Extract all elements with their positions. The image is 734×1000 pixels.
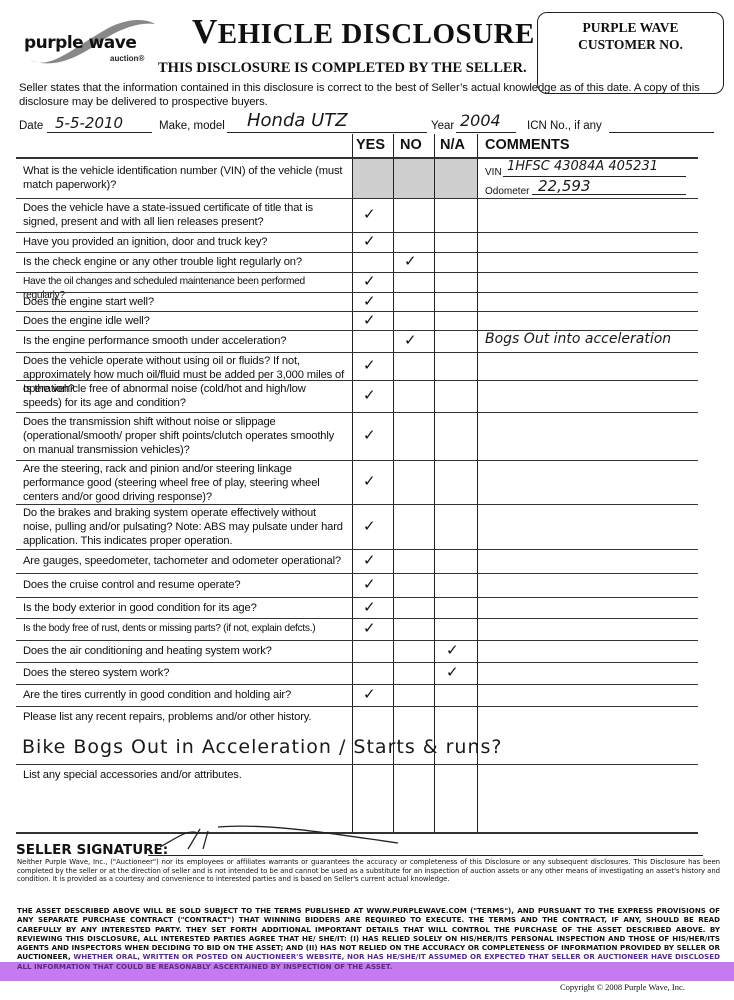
vin-label: VIN bbox=[485, 167, 502, 178]
checkmark-icon: ✓ bbox=[363, 598, 376, 616]
icn-field[interactable] bbox=[609, 112, 714, 133]
answer-cell-na[interactable] bbox=[436, 272, 476, 292]
logo-subtext: auction® bbox=[110, 54, 144, 63]
page-subtitle: THIS DISCLOSURE IS COMPLETED BY THE SELL… bbox=[158, 60, 527, 77]
checkmark-icon: ✓ bbox=[363, 292, 376, 310]
vin-shaded-cells bbox=[353, 157, 478, 198]
checkmark-icon: ✓ bbox=[363, 205, 376, 223]
question-text: Does the engine idle well? bbox=[23, 314, 345, 328]
column-header-comments: COMMENTS bbox=[485, 137, 570, 153]
vin-field[interactable]: 1HFSC 43084A 405231 bbox=[503, 160, 686, 177]
logo-text: purple wave bbox=[24, 33, 136, 53]
answer-cell-no[interactable] bbox=[394, 412, 434, 460]
answer-cell-na[interactable] bbox=[436, 330, 476, 352]
customer-box-line1: PURPLE WAVE bbox=[583, 20, 679, 35]
checkmark-icon: ✓ bbox=[446, 663, 459, 681]
question-text: Does the engine start well? bbox=[23, 295, 345, 309]
comment-cell[interactable]: Bogs Out into acceleration bbox=[485, 331, 725, 347]
answer-cell-no[interactable] bbox=[394, 640, 434, 662]
column-header-no: NO bbox=[400, 137, 422, 153]
answer-cell-no[interactable] bbox=[394, 380, 434, 412]
repairs-label: Please list any recent repairs, problems… bbox=[23, 710, 345, 724]
answer-cell-na[interactable] bbox=[436, 352, 476, 380]
answer-cell-no[interactable] bbox=[394, 684, 434, 706]
checkmark-icon: ✓ bbox=[363, 232, 376, 250]
row-divider bbox=[16, 764, 698, 765]
answer-cell-no[interactable] bbox=[394, 232, 434, 252]
answer-cell-no[interactable] bbox=[394, 549, 434, 573]
seller-signature-label: SELLER SIGNATURE: bbox=[16, 842, 168, 858]
answer-cell-no[interactable] bbox=[394, 292, 434, 311]
answer-cell-na[interactable] bbox=[436, 597, 476, 618]
checkmark-icon: ✓ bbox=[363, 426, 376, 444]
accessories-field[interactable] bbox=[22, 786, 698, 830]
checkmark-icon: ✓ bbox=[363, 619, 376, 637]
question-text: Does the transmission shift without nois… bbox=[23, 415, 345, 457]
repairs-value[interactable]: Bike Bogs Out in Acceleration / Starts &… bbox=[22, 736, 503, 758]
answer-cell-na[interactable] bbox=[436, 232, 476, 252]
answer-cell-no[interactable] bbox=[394, 198, 434, 232]
odometer-field[interactable]: 22,593 bbox=[532, 178, 686, 195]
answer-cell-no[interactable] bbox=[394, 352, 434, 380]
vin-value: 1HFSC 43084A 405231 bbox=[507, 159, 658, 174]
answer-cell-no[interactable] bbox=[394, 573, 434, 597]
checkmark-icon: ✓ bbox=[363, 386, 376, 404]
customer-box-line2: CUSTOMER NO. bbox=[578, 37, 683, 52]
answer-cell-na[interactable] bbox=[436, 684, 476, 706]
checkmark-icon: ✓ bbox=[363, 551, 376, 569]
title-initial: V bbox=[192, 12, 218, 51]
answer-cell-yes[interactable] bbox=[353, 330, 393, 352]
vehicle-info-row: Date 5-5-2010 Make, model Honda UTZ Year… bbox=[19, 112, 719, 134]
column-header-yes: YES bbox=[356, 137, 385, 153]
answer-cell-no[interactable] bbox=[394, 504, 434, 549]
column-header-na: N/A bbox=[440, 137, 465, 153]
answer-cell-no[interactable] bbox=[394, 597, 434, 618]
question-text: Are the tires currently in good conditio… bbox=[23, 688, 345, 702]
make-model-field[interactable]: Honda UTZ bbox=[227, 112, 427, 133]
column-divider bbox=[477, 134, 478, 832]
question-text: Is the body exterior in good condition f… bbox=[23, 601, 345, 615]
year-label: Year bbox=[431, 120, 454, 132]
answer-cell-no[interactable] bbox=[394, 272, 434, 292]
checkmark-icon: ✓ bbox=[363, 272, 376, 290]
answer-cell-na[interactable] bbox=[436, 549, 476, 573]
accessories-label: List any special accessories and/or attr… bbox=[23, 768, 345, 782]
question-text: Is the check engine or any other trouble… bbox=[23, 255, 345, 269]
date-label: Date bbox=[19, 120, 43, 132]
question-text: Does the vehicle have a state-issued cer… bbox=[23, 201, 345, 229]
question-text: Does the air conditioning and heating sy… bbox=[23, 644, 345, 658]
checkmark-icon: ✓ bbox=[446, 641, 459, 659]
row-divider bbox=[16, 157, 698, 159]
answer-cell-yes[interactable] bbox=[353, 252, 393, 272]
checkmark-icon: ✓ bbox=[363, 575, 376, 593]
disclaimer-text: Neither Purple Wave, Inc., ("Auctioneer"… bbox=[17, 858, 720, 884]
checkmark-icon: ✓ bbox=[363, 356, 376, 374]
seller-signature-field[interactable] bbox=[148, 841, 703, 856]
answer-cell-na[interactable] bbox=[436, 292, 476, 311]
checkmark-icon: ✓ bbox=[363, 472, 376, 490]
date-value: 5-5-2010 bbox=[55, 114, 123, 132]
answer-cell-yes[interactable] bbox=[353, 640, 393, 662]
odometer-label: Odometer bbox=[485, 186, 529, 197]
answer-cell-na[interactable] bbox=[436, 504, 476, 549]
answer-cell-na[interactable] bbox=[436, 252, 476, 272]
checkmark-icon: ✓ bbox=[363, 311, 376, 329]
answer-cell-na[interactable] bbox=[436, 412, 476, 460]
answer-cell-no[interactable] bbox=[394, 618, 434, 640]
answer-cell-na[interactable] bbox=[436, 311, 476, 330]
question-text: Does the stereo system work? bbox=[23, 666, 345, 680]
answer-cell-yes[interactable] bbox=[353, 662, 393, 684]
question-text: Is the vehicle free of abnormal noise (c… bbox=[23, 382, 345, 410]
checkmark-icon: ✓ bbox=[404, 252, 417, 270]
answer-cell-na[interactable] bbox=[436, 460, 476, 504]
question-text: Do the brakes and braking system operate… bbox=[23, 506, 345, 548]
question-text: Are the steering, rack and pinion and/or… bbox=[23, 462, 345, 504]
intro-statement: Seller states that the information conta… bbox=[19, 82, 719, 109]
odometer-value: 22,593 bbox=[538, 177, 591, 195]
row-divider bbox=[16, 706, 698, 707]
make-model-value: Honda UTZ bbox=[247, 110, 348, 131]
signature-scribble-icon bbox=[148, 827, 703, 841]
answer-cell-no[interactable] bbox=[394, 460, 434, 504]
question-text: Is the engine performance smooth under a… bbox=[23, 334, 345, 348]
answer-cell-no[interactable] bbox=[394, 662, 434, 684]
question-text: Is the body free of rust, dents or missi… bbox=[23, 622, 345, 636]
title-rest: EHICLE DISCLOSURE bbox=[218, 18, 535, 50]
make-model-label: Make, model bbox=[159, 120, 225, 132]
year-field[interactable]: 2004 bbox=[456, 112, 516, 133]
answer-cell-na[interactable] bbox=[436, 380, 476, 412]
year-value: 2004 bbox=[460, 111, 501, 130]
question-text: What is the vehicle identification numbe… bbox=[23, 164, 345, 192]
question-text: Does the cruise control and resume opera… bbox=[23, 578, 345, 592]
terms-highlighted: WHETHER ORAL, WRITTEN OR POSTED ON AUCTI… bbox=[17, 952, 720, 970]
question-text: Are gauges, speedometer, tachometer and … bbox=[23, 554, 345, 568]
answer-cell-na[interactable] bbox=[436, 618, 476, 640]
checkmark-icon: ✓ bbox=[404, 331, 417, 349]
purple-wave-logo: purple wave auction® bbox=[10, 10, 160, 70]
icn-label: ICN No., if any bbox=[527, 120, 602, 132]
checkmark-icon: ✓ bbox=[363, 685, 376, 703]
date-field[interactable]: 5-5-2010 bbox=[47, 112, 152, 133]
answer-cell-na[interactable] bbox=[436, 198, 476, 232]
answer-cell-na[interactable] bbox=[436, 573, 476, 597]
page-title: VEHICLE DISCLOSURE bbox=[192, 12, 535, 52]
question-text: Have you provided an ignition, door and … bbox=[23, 235, 345, 249]
checkmark-icon: ✓ bbox=[363, 517, 376, 535]
copyright-notice: Copyright © 2008 Purple Wave, Inc. bbox=[560, 982, 685, 992]
terms-text: THE ASSET DESCRIBED ABOVE WILL BE SOLD S… bbox=[17, 906, 720, 971]
answer-cell-no[interactable] bbox=[394, 311, 434, 330]
